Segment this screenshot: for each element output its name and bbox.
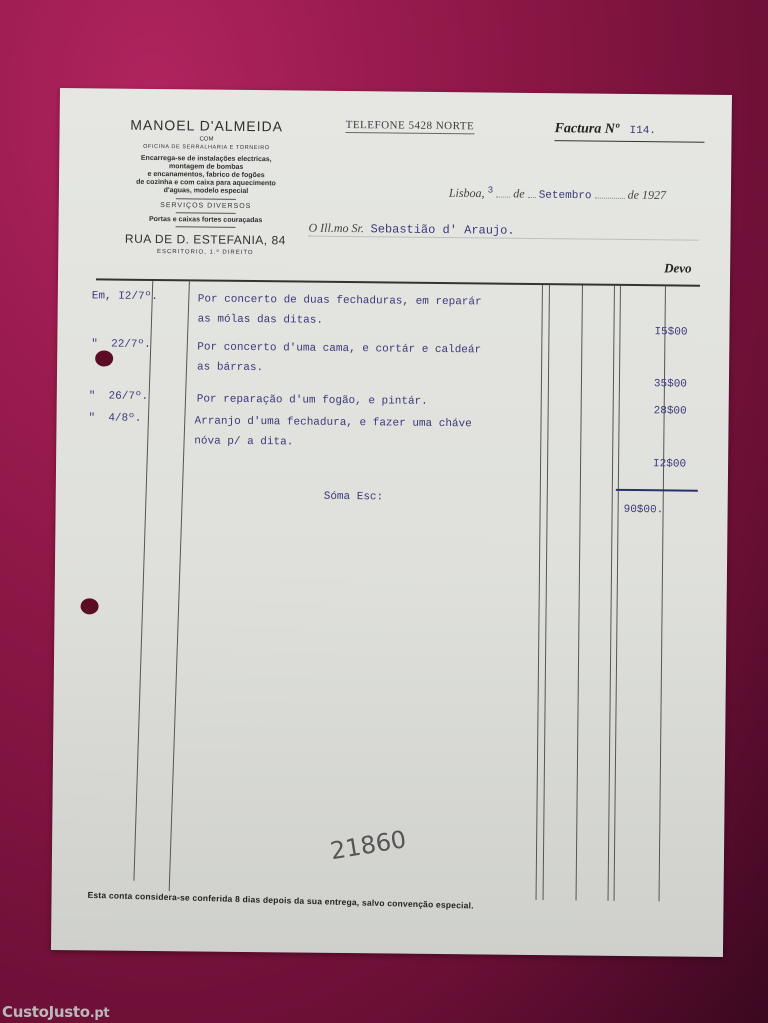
column-line <box>133 281 153 881</box>
column-line <box>576 285 583 900</box>
punch-hole <box>80 598 98 614</box>
company-com: COM <box>121 136 291 144</box>
date-month: Setembro <box>539 190 592 203</box>
item-amount: I5$00 <box>617 326 687 339</box>
item-description: Por concerto d'uma cama, e cortár e cald… <box>197 337 547 381</box>
item-description: Por reparação d'um fogão, e pintár. <box>197 389 547 413</box>
total-value: 90$00. <box>624 504 664 516</box>
invoice-label: Factura Nº <box>555 121 620 137</box>
divider <box>176 212 236 214</box>
item-date: Em, I2/7º. <box>92 290 158 303</box>
date-line: Lisboa, 3 de Setembro de 1927 <box>449 184 699 203</box>
item-amount: I2$00 <box>616 458 686 471</box>
item-date: " 4/8º. <box>88 412 141 425</box>
phone-number: TELEFONE 5428 NORTE <box>346 119 475 134</box>
item-description: Arranjo d'uma fechadura, e fazer uma chá… <box>194 411 544 455</box>
item-amount: 35$00 <box>617 378 687 391</box>
invoice-number-block: Factura Nº I14. <box>554 119 704 143</box>
company-name: MANOEL D'ALMEIDA <box>122 117 292 135</box>
divider <box>176 198 236 200</box>
salutation: O Ill.mo Sr. <box>308 221 363 236</box>
date-day: 3 <box>488 184 494 195</box>
item-date: " 26/7º. <box>89 390 149 403</box>
invoice-paper: MANOEL D'ALMEIDA COM OFICINA DE SERRALHA… <box>51 88 732 957</box>
divider <box>176 226 236 228</box>
company-safes: Portas e caixas fortes couraçadas <box>121 216 291 225</box>
letterhead: MANOEL D'ALMEIDA COM OFICINA DE SERRALHA… <box>120 117 291 257</box>
item-date: " 22/7º. <box>91 338 151 351</box>
punch-hole <box>95 350 113 366</box>
company-description: Encarrega-se de instalações electricas, … <box>121 155 291 197</box>
company-office: ESCRITORIO, 1.º DIREITO <box>120 249 290 257</box>
company-address: RUA DE D. ESTEFANIA, 84 <box>120 232 290 248</box>
recipient-line: O Ill.mo Sr. Sebastião d' Araujo. <box>308 221 698 241</box>
watermark: CustoJusto.pt <box>2 1003 109 1021</box>
total-label: Sóma Esc: <box>324 491 384 504</box>
total-rule <box>616 489 698 492</box>
pencil-note: 21860 <box>328 825 408 865</box>
footer-terms: Esta conta considera-se conferida 8 dias… <box>87 890 607 915</box>
item-description: Por concerto de duas fechaduras, em repa… <box>197 289 547 333</box>
company-trade: OFICINA DE SERRALHARIA E TORNEIRO <box>121 144 291 152</box>
column-line <box>169 281 190 891</box>
recipient-name: Sebastião d' Araujo. <box>370 222 514 238</box>
owes-label: Devo <box>664 260 692 276</box>
header-rule <box>96 278 700 286</box>
date-year: de 1927 <box>628 188 666 202</box>
item-amount: 28$00 <box>617 405 687 418</box>
company-services: SERVIÇOS DIVERSOS <box>121 202 291 211</box>
invoice-number: I14. <box>629 125 656 137</box>
